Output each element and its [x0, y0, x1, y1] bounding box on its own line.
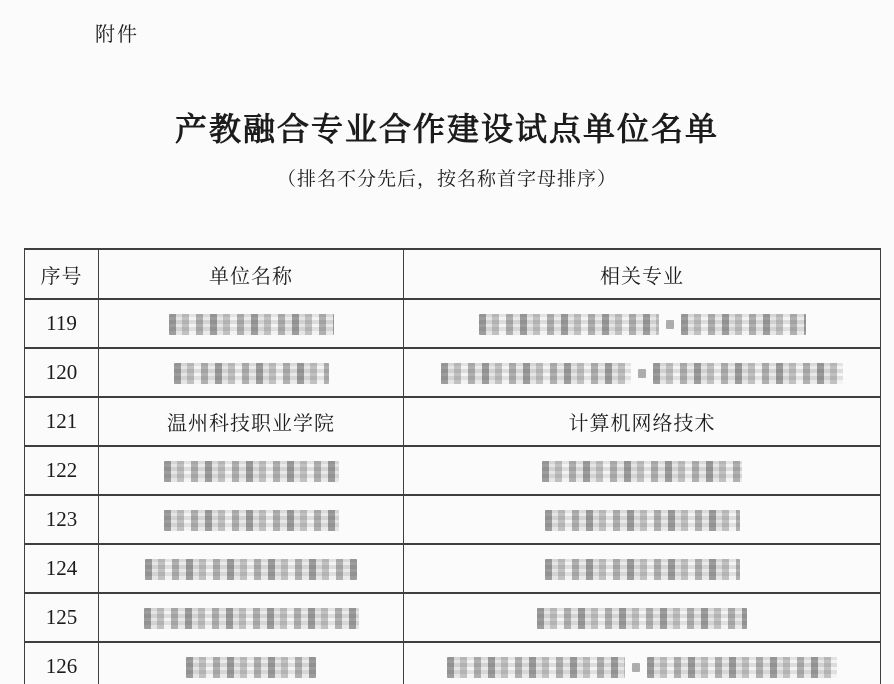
cell-unit-name — [99, 593, 404, 642]
cell-related-major — [404, 495, 881, 544]
cell-related-major — [404, 544, 881, 593]
redacted-text-mosaic — [545, 510, 740, 531]
table-row: 119 — [25, 299, 881, 348]
table-row: 126 — [25, 642, 881, 684]
cell-serial-number: 123 — [25, 495, 99, 544]
cell-serial-number: 121 — [25, 397, 99, 446]
redaction-separator — [632, 663, 640, 672]
cell-unit-name — [99, 299, 404, 348]
header-unit-name: 单位名称 — [99, 249, 404, 299]
table-row: 122 — [25, 446, 881, 495]
units-table: 序号 单位名称 相关专业 119120121温州科技职业学院计算机网络技术122… — [24, 248, 881, 684]
redacted-text-mosaic — [542, 461, 742, 482]
table-row: 120 — [25, 348, 881, 397]
redacted-text-mosaic — [447, 657, 625, 678]
cell-unit-name — [99, 642, 404, 684]
cell-unit-name — [99, 495, 404, 544]
page-title: 产教融合专业合作建设试点单位名单 — [0, 104, 894, 150]
cell-unit-name — [99, 446, 404, 495]
cell-related-major — [404, 299, 881, 348]
redacted-text-mosaic — [164, 461, 339, 482]
cell-serial-number: 126 — [25, 642, 99, 684]
cell-related-major — [404, 642, 881, 684]
header-related-major: 相关专业 — [404, 249, 881, 299]
cell-unit-name — [99, 348, 404, 397]
table-body: 119120121温州科技职业学院计算机网络技术122123124125126 — [25, 299, 881, 684]
redacted-text-mosaic — [653, 363, 843, 384]
redaction-separator — [638, 369, 646, 378]
cell-related-major — [404, 348, 881, 397]
cell-related-major — [404, 593, 881, 642]
redacted-text-mosaic — [186, 657, 316, 678]
redacted-text-mosaic — [174, 363, 329, 384]
cell-unit-name: 温州科技职业学院 — [99, 397, 404, 446]
redacted-text-mosaic — [681, 314, 806, 335]
table-header-row: 序号 单位名称 相关专业 — [25, 249, 881, 299]
redacted-text-mosaic — [164, 510, 339, 531]
table-row: 123 — [25, 495, 881, 544]
redacted-text-mosaic — [537, 608, 747, 629]
cell-unit-name — [99, 544, 404, 593]
redacted-text-mosaic — [647, 657, 837, 678]
attachment-label: 附件 — [95, 18, 139, 47]
cell-serial-number: 120 — [25, 348, 99, 397]
table-row: 125 — [25, 593, 881, 642]
document-page: 附件 产教融合专业合作建设试点单位名单 （排名不分先后，按名称首字母排序） 序号… — [0, 0, 894, 684]
cell-related-major: 计算机网络技术 — [404, 397, 881, 446]
cell-serial-number: 122 — [25, 446, 99, 495]
cell-related-major — [404, 446, 881, 495]
header-serial-number: 序号 — [25, 249, 99, 299]
cell-serial-number: 125 — [25, 593, 99, 642]
redacted-text-mosaic — [479, 314, 659, 335]
table-row: 121温州科技职业学院计算机网络技术 — [25, 397, 881, 446]
table-row: 124 — [25, 544, 881, 593]
redacted-text-mosaic — [144, 608, 359, 629]
redacted-text-mosaic — [441, 363, 631, 384]
page-subtitle: （排名不分先后，按名称首字母排序） — [0, 164, 894, 191]
cell-serial-number: 119 — [25, 299, 99, 348]
cell-serial-number: 124 — [25, 544, 99, 593]
redacted-text-mosaic — [545, 559, 740, 580]
redacted-text-mosaic — [169, 314, 334, 335]
redaction-separator — [666, 320, 674, 329]
redacted-text-mosaic — [145, 559, 357, 580]
